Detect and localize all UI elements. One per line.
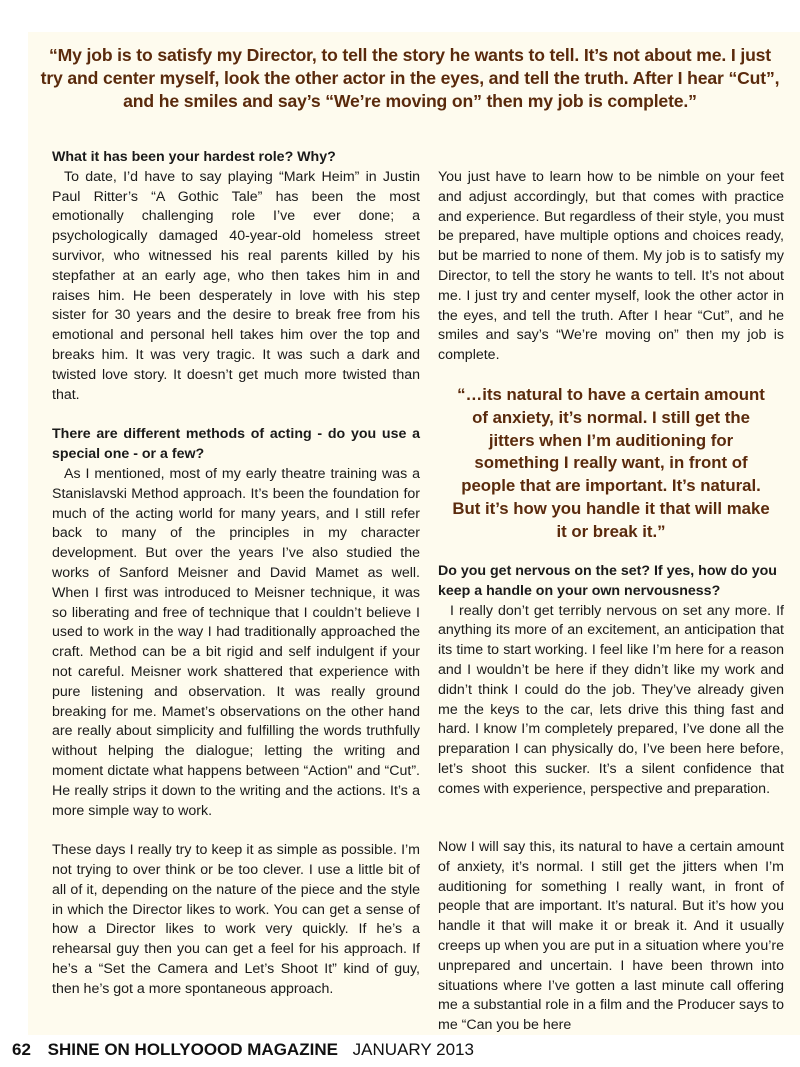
right-column-anxiety-section: Now I will say this, its natural to have… — [438, 838, 784, 1036]
page-footer: 62 SHINE ON HOLLYOOOD MAGAZINE JANUARY 2… — [12, 1039, 474, 1061]
right-column-continuation: You just have to learn how to be nimble … — [438, 168, 784, 366]
answer-nervous-continued: Now I will say this, its natural to have… — [438, 838, 784, 1036]
answer-acting-methods-continued: These days I really try to keep it as si… — [52, 841, 420, 999]
answer-continuation: You just have to learn how to be nimble … — [438, 168, 784, 366]
issue-date: JANUARY 2013 — [353, 1040, 474, 1059]
spacer — [52, 821, 420, 841]
question-hardest-role: What it has been your hardest role? Why? — [52, 148, 420, 168]
answer-acting-methods: As I mentioned, most of my early theatre… — [52, 465, 420, 821]
answer-hardest-role: To date, I’d have to say playing “Mark H… — [52, 168, 420, 406]
page-number: 62 — [12, 1040, 31, 1059]
middle-pull-quote: “…its natural to have a certain amount o… — [452, 384, 770, 544]
spacer — [52, 405, 420, 425]
question-acting-methods: There are different methods of acting - … — [52, 425, 420, 465]
left-column: What it has been your hardest role? Why?… — [52, 148, 420, 1000]
magazine-title: SHINE ON HOLLYOOOD MAGAZINE — [48, 1040, 338, 1059]
answer-nervous: I really don’t get terribly nervous on s… — [438, 602, 784, 800]
question-nervous: Do you get nervous on the set? If yes, h… — [438, 562, 784, 602]
top-pull-quote: “My job is to satisfy my Director, to te… — [40, 44, 780, 113]
right-column-nervous-section: Do you get nervous on the set? If yes, h… — [438, 562, 784, 800]
